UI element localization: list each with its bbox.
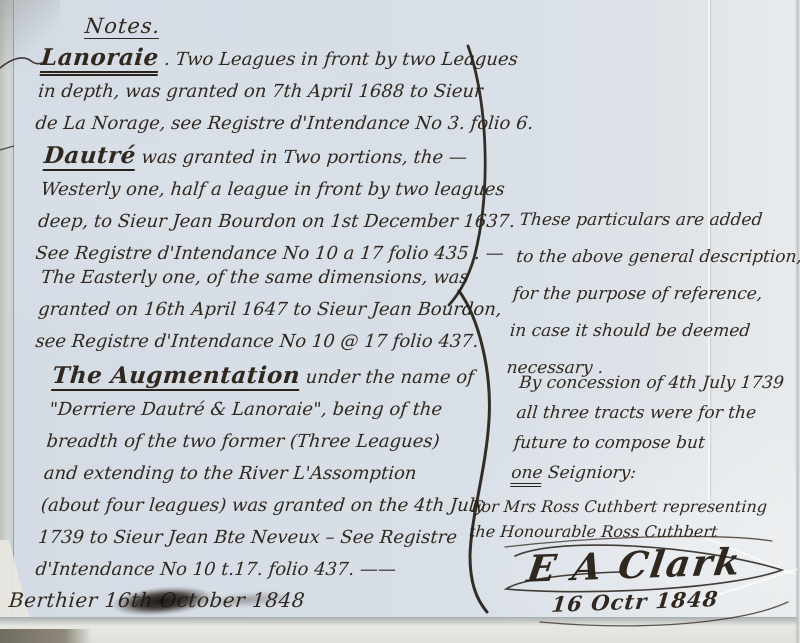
manuscript-page: Notes. Lanoraie . Two Leagues in front b…	[0, 0, 800, 643]
paragraph-concession: By concession of 4th July 1739all three …	[510, 368, 785, 488]
paragraph-lines: For Mrs Ross Cuthbert representingthe Ho…	[468, 494, 768, 544]
handwritten-line: in case it should be deemed	[508, 313, 797, 350]
paragraph-lines: Westerly one, half a league in front by …	[34, 174, 519, 270]
handwritten-line: for the purpose of reference,	[511, 276, 800, 313]
handwritten-line: 1739 to Sieur Jean Bte Neveux – See Regi…	[37, 522, 484, 554]
paragraph-attestation: For Mrs Ross Cuthbert representingthe Ho…	[468, 494, 768, 544]
paragraph-lines: in depth, was granted on 7th April 1688 …	[34, 76, 538, 140]
handwritten-line: granted on 16th April 1647 to Sieur Jean…	[37, 294, 503, 326]
handwritten-line: under the name of	[299, 367, 475, 388]
handwritten-line: deep, to Sieur Jean Bourdon on 1st Decem…	[37, 206, 517, 238]
bottom-left-dark-strip	[0, 629, 92, 643]
handwritten-line: d'Intendance No 10 t.17. folio 437. ——	[34, 554, 481, 586]
handwritten-line: de La Norage, see Registre d'Intendance …	[34, 108, 535, 140]
handwritten-line: "Derriere Dautré & Lanoraie", being of t…	[48, 394, 495, 426]
handwritten-line: all three tracts were for the	[515, 398, 782, 428]
handwritten-line: . Two Leagues in front by two Leagues	[158, 49, 519, 70]
paragraph-augmentation: The Augmentation under the name of "Derr…	[34, 360, 498, 586]
signature: E A Clark	[524, 539, 745, 590]
handwritten-line: (about four leagues) was granted on the …	[40, 490, 487, 522]
paragraph-heading: Dautré	[43, 142, 137, 171]
handwritten-line: future to compose but	[513, 428, 780, 458]
paragraph-easterly: The Easterly one, of the same dimensions…	[34, 262, 506, 358]
handwritten-line: and extending to the River L'Assomption	[42, 458, 489, 490]
page-title-text: Notes.	[84, 14, 162, 39]
handwritten-line: By concession of 4th July 1739	[518, 368, 785, 398]
handwritten-line: breadth of the two former (Three Leagues…	[45, 426, 492, 458]
paragraph-dautre: Dautré was granted in Two portions, the …	[34, 140, 522, 270]
paragraph-lanoraie: Lanoraie . Two Leagues in front by two L…	[34, 42, 541, 140]
paragraph-lines: granted on 16th April 1647 to Sieur Jean…	[34, 294, 503, 358]
handwritten-line: The Easterly one, of the same dimensions…	[40, 267, 469, 288]
handwritten-line: Seigniory:	[542, 463, 637, 483]
paragraph-lines: These particulars are addedto the above …	[505, 202, 800, 387]
handwritten-line: These particulars are added	[518, 202, 800, 239]
paragraph-lines: "Derriere Dautré & Lanoraie", being of t…	[34, 394, 495, 586]
emphasized-word: one	[510, 463, 543, 487]
paragraph-heading: Lanoraie	[40, 44, 160, 76]
handwritten-line: in depth, was granted on 7th April 1688 …	[37, 76, 538, 108]
paragraph-heading: The Augmentation	[51, 362, 301, 391]
paragraph-lines: By concession of 4th July 1739all three …	[513, 368, 786, 458]
page-title: Notes.	[84, 14, 161, 38]
signature-date: 16 Octr 1848	[550, 586, 719, 617]
handwritten-line: was granted in Two portions, the —	[135, 147, 468, 168]
handwritten-line: to the above general description,	[515, 239, 800, 276]
paragraph-particulars: These particulars are addedto the above …	[505, 202, 800, 387]
handwritten-line: Westerly one, half a league in front by …	[40, 174, 520, 206]
handwritten-line: For Mrs Ross Cuthbert representing	[470, 494, 768, 519]
handwritten-line: see Registre d'Intendance No 10 @ 17 fol…	[34, 326, 500, 358]
